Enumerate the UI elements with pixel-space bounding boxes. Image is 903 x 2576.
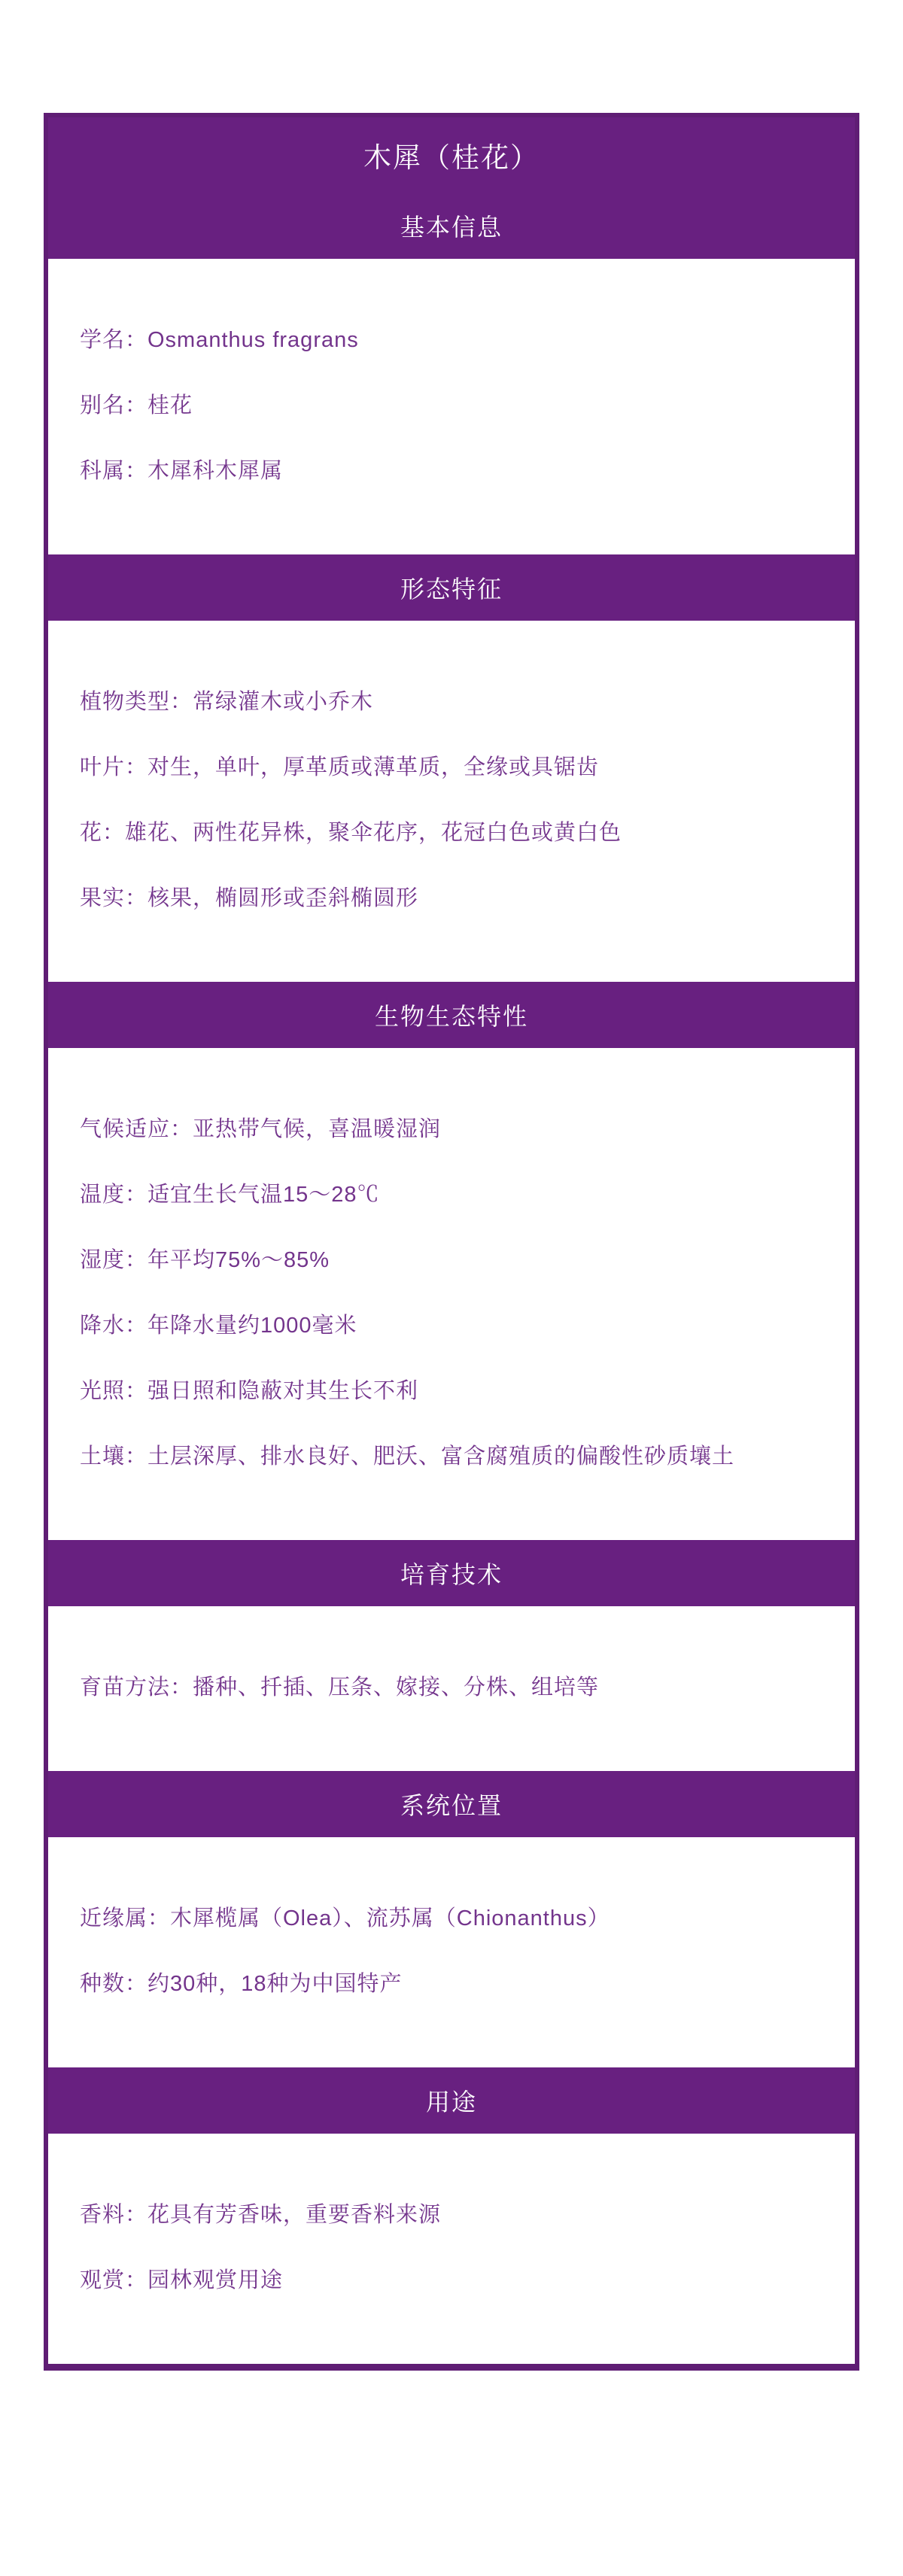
section-body-basic-info: 学名：Osmanthus fragrans 别名：桂花 科属：木犀科木犀属 bbox=[48, 259, 855, 554]
info-row-climate: 气候适应：亚热带气候，喜温暖湿润 bbox=[80, 1095, 825, 1160]
info-row-fruit: 果实：核果，椭圆形或歪斜椭圆形 bbox=[80, 864, 825, 929]
info-row-plant-type: 植物类型：常绿灌木或小乔木 bbox=[80, 667, 825, 733]
info-row-precipitation: 降水：年降水量约1000毫米 bbox=[80, 1291, 825, 1356]
section-body-taxonomy: 近缘属：木犀榄属（Olea）、流苏属（Chionanthus） 种数：约30种，… bbox=[48, 1837, 855, 2067]
info-row-propagation: 育苗方法：播种、扦插、压条、嫁接、分株、组培等 bbox=[80, 1653, 825, 1718]
info-row-ornamental: 观赏：园林观赏用途 bbox=[80, 2246, 825, 2311]
section-bio-ecology: 生物生态特性 气候适应：亚热带气候，喜温暖湿润 温度：适宜生长气温15～28℃ … bbox=[48, 982, 855, 1540]
info-row-flower: 花：雄花、两性花异株，聚伞花序，花冠白色或黄白色 bbox=[80, 798, 825, 864]
info-row-temperature: 温度：适宜生长气温15～28℃ bbox=[80, 1160, 825, 1226]
info-row-related-genera: 近缘属：木犀榄属（Olea）、流苏属（Chionanthus） bbox=[80, 1884, 825, 1949]
section-header-taxonomy: 系统位置 bbox=[48, 1771, 855, 1837]
info-row-light: 光照：强日照和隐蔽对其生长不利 bbox=[80, 1356, 825, 1422]
section-basic-info: 基本信息 学名：Osmanthus fragrans 别名：桂花 科属：木犀科木… bbox=[48, 193, 855, 554]
section-body-cultivation: 育苗方法：播种、扦插、压条、嫁接、分株、组培等 bbox=[48, 1606, 855, 1771]
info-row-humidity: 湿度：年平均75%～85% bbox=[80, 1226, 825, 1291]
info-row-scientific-name: 学名：Osmanthus fragrans bbox=[80, 305, 825, 371]
info-row-species-count: 种数：约30种，18种为中国特产 bbox=[80, 1949, 825, 2015]
info-row-family-genus: 科属：木犀科木犀属 bbox=[80, 436, 825, 502]
info-row-soil: 土壤：土层深厚、排水良好、肥沃、富含腐殖质的偏酸性砂质壤土 bbox=[80, 1422, 825, 1487]
section-header-basic-info: 基本信息 bbox=[48, 193, 855, 259]
section-taxonomy: 系统位置 近缘属：木犀榄属（Olea）、流苏属（Chionanthus） 种数：… bbox=[48, 1771, 855, 2067]
plant-info-card: 木犀（桂花） 基本信息 学名：Osmanthus fragrans 别名：桂花 … bbox=[44, 113, 859, 2371]
section-header-uses: 用途 bbox=[48, 2067, 855, 2134]
section-cultivation: 培育技术 育苗方法：播种、扦插、压条、嫁接、分株、组培等 bbox=[48, 1540, 855, 1771]
section-header-cultivation: 培育技术 bbox=[48, 1540, 855, 1606]
section-header-morphology: 形态特征 bbox=[48, 554, 855, 621]
page-title: 木犀（桂花） bbox=[48, 117, 855, 193]
info-row-fragrance: 香料：花具有芳香味，重要香料来源 bbox=[80, 2180, 825, 2246]
section-body-morphology: 植物类型：常绿灌木或小乔木 叶片：对生，单叶，厚革质或薄革质，全缘或具锯齿 花：… bbox=[48, 621, 855, 982]
section-body-uses: 香料：花具有芳香味，重要香料来源 观赏：园林观赏用途 bbox=[48, 2134, 855, 2364]
section-uses: 用途 香料：花具有芳香味，重要香料来源 观赏：园林观赏用途 bbox=[48, 2067, 855, 2364]
section-header-bio-ecology: 生物生态特性 bbox=[48, 982, 855, 1048]
section-body-bio-ecology: 气候适应：亚热带气候，喜温暖湿润 温度：适宜生长气温15～28℃ 湿度：年平均7… bbox=[48, 1048, 855, 1540]
info-row-leaf: 叶片：对生，单叶，厚革质或薄革质，全缘或具锯齿 bbox=[80, 733, 825, 798]
info-row-alias: 别名：桂花 bbox=[80, 371, 825, 436]
section-morphology: 形态特征 植物类型：常绿灌木或小乔木 叶片：对生，单叶，厚革质或薄革质，全缘或具… bbox=[48, 554, 855, 982]
